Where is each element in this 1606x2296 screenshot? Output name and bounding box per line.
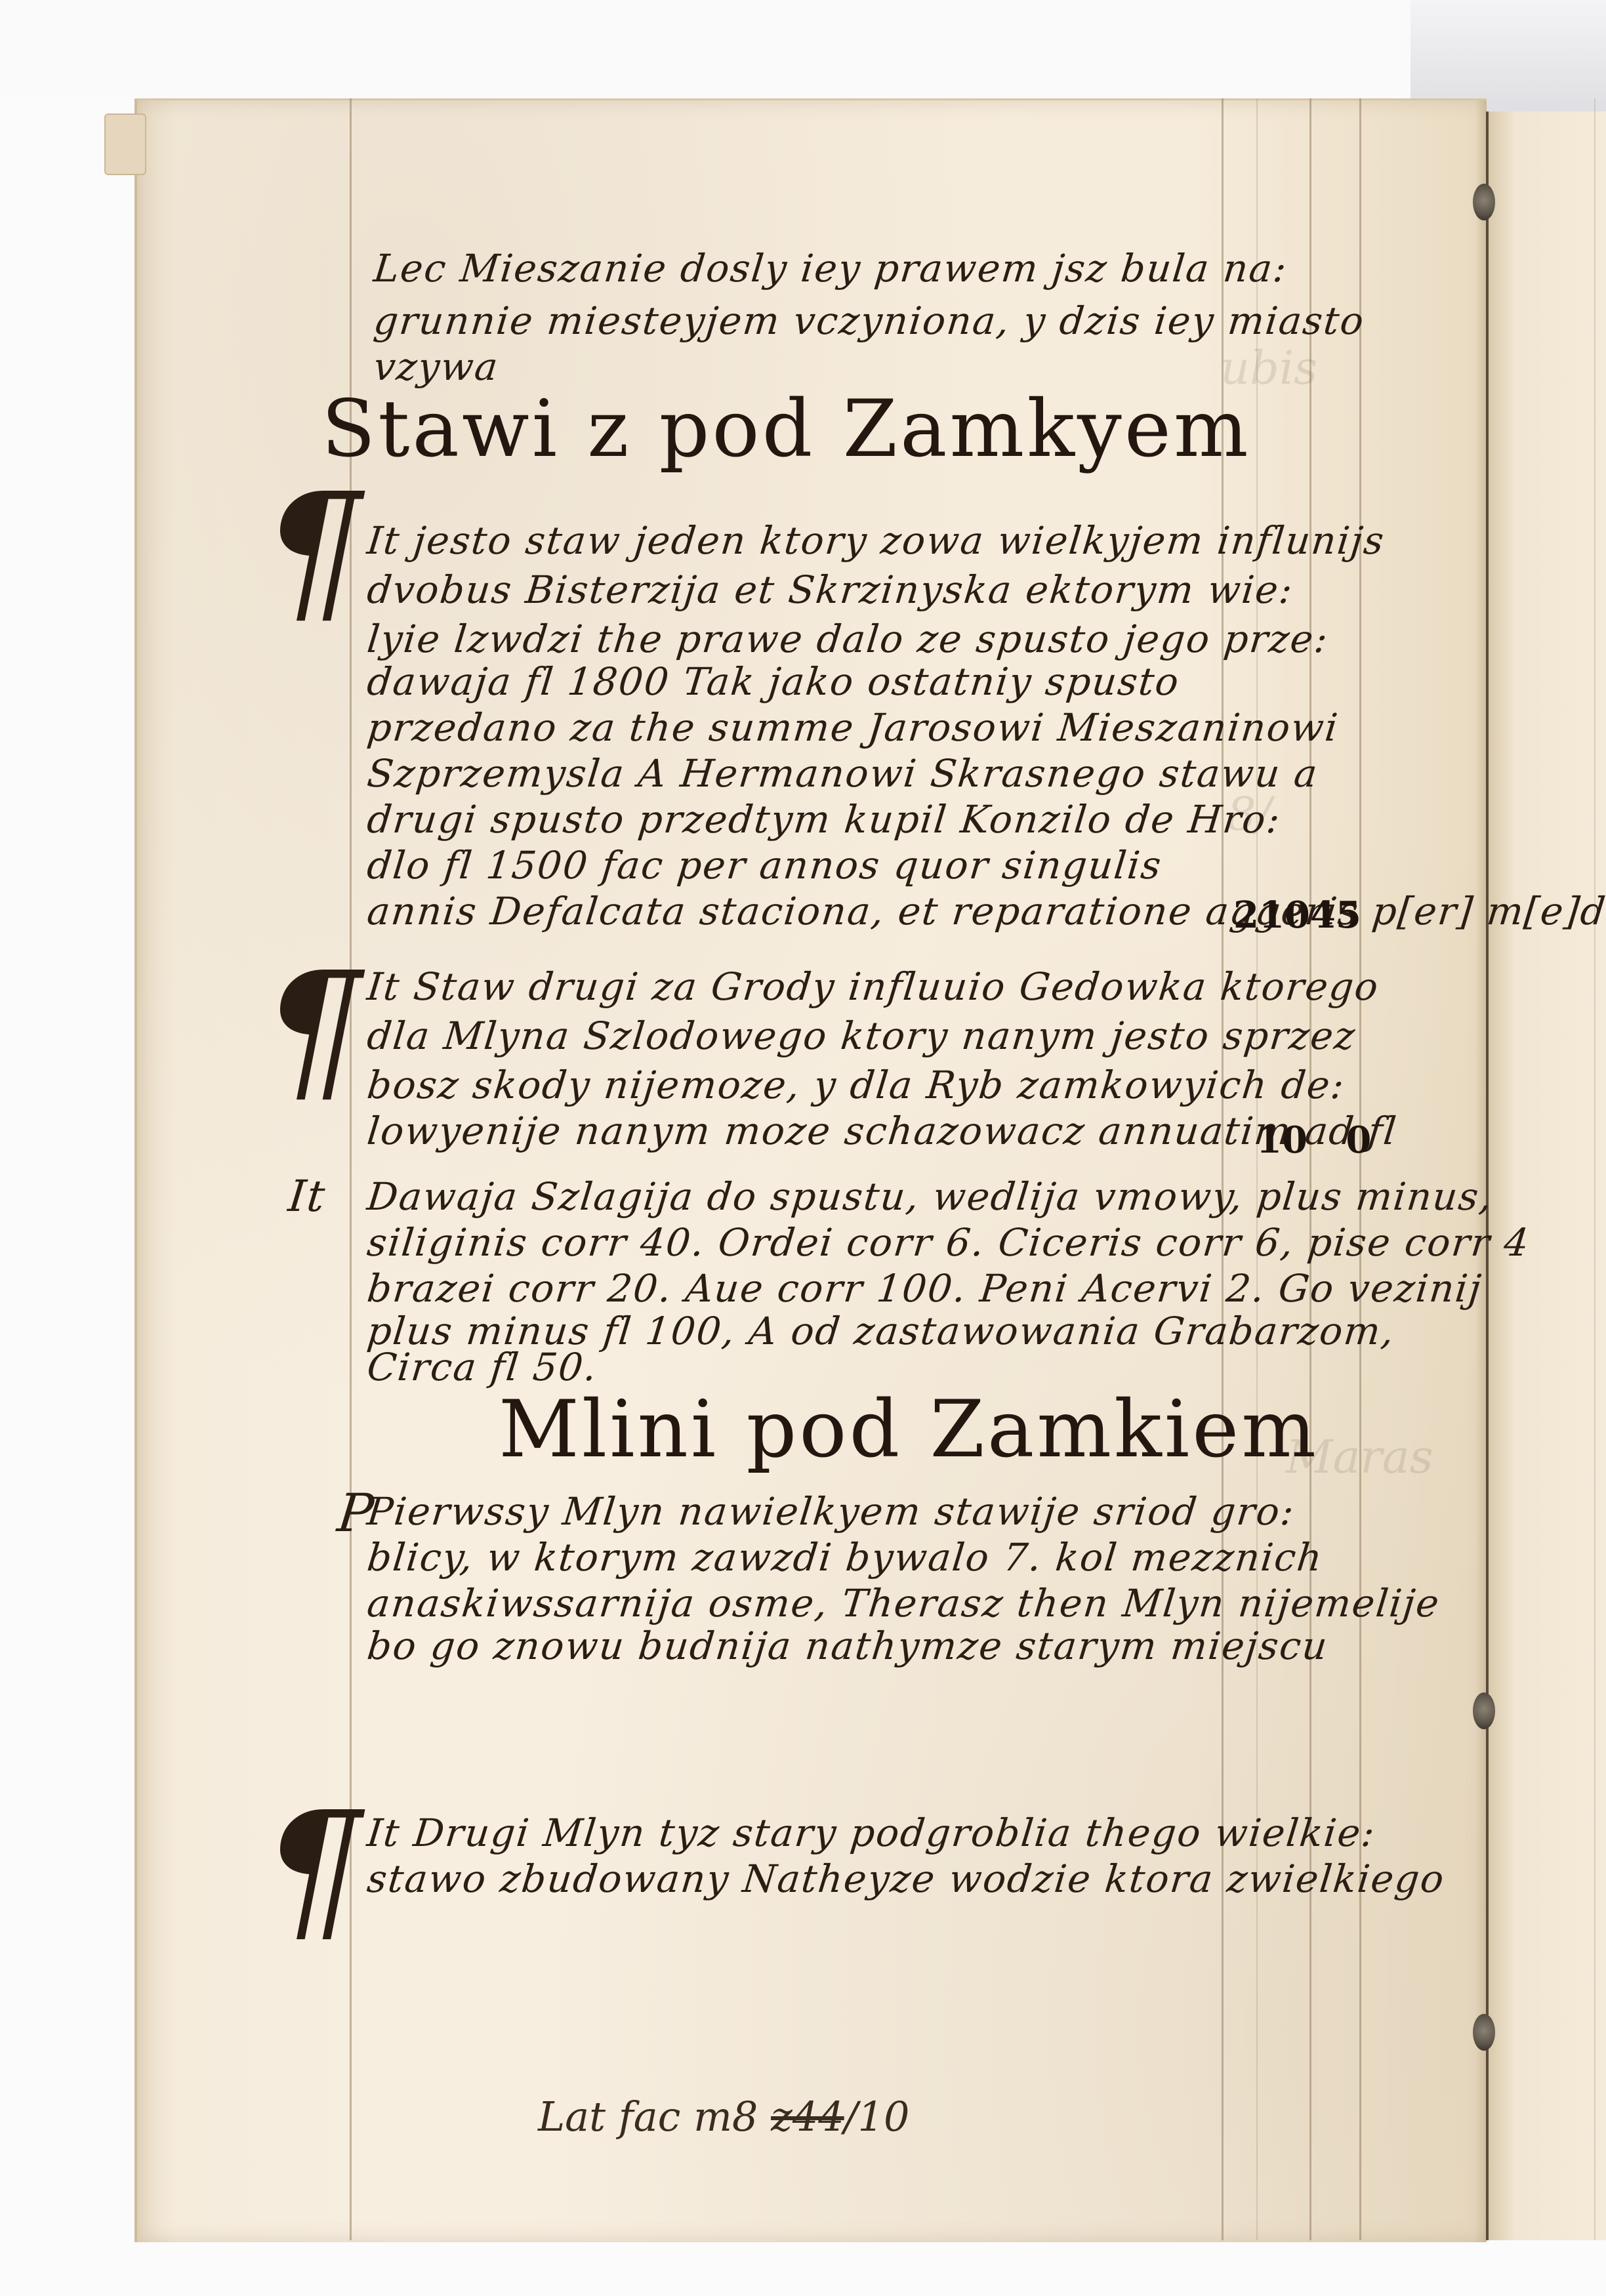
text-line: stawo zbudowany Natheyze wodzie ktora zw…: [365, 1856, 1447, 1901]
section-heading: Stawi z pod Zamkyem: [321, 384, 1251, 475]
text-line: annis Defalcata staciona, et reparatione…: [365, 889, 1606, 933]
column-rule: [1309, 98, 1311, 2240]
text-line: dlo fl 1500 fac per annos quor singulis: [365, 843, 1164, 888]
margin-amount: 21045: [1233, 893, 1361, 937]
text-line: dvobus Bisterzija et Skrzinyska ektorym …: [365, 567, 1296, 612]
text-line: It Staw drugi za Grody influuio Gedowka …: [365, 964, 1381, 1009]
text-line: Circa fl 50.: [365, 1345, 600, 1389]
binding-thread-knot: [1473, 1692, 1495, 1729]
text-line: blicy, w ktorym zawzdi bywalo 7. kol mez…: [365, 1535, 1325, 1580]
right-page-edge: [1486, 112, 1606, 2240]
section-heading: Mlini pod Zamkiem: [499, 1384, 1319, 1475]
paragraph-mark: It: [286, 1171, 329, 1221]
text-line: Dawaja Szlagija do spustu, wedlija vmowy…: [365, 1174, 1495, 1219]
text-line: It Drugi Mlyn tyz stary podgroblia thego…: [365, 1811, 1378, 1855]
text-line: drugi spusto przedtym kupil Konzilo de H…: [365, 797, 1283, 842]
text-line: siliginis corr 40. Ordei corr 6. Ciceris…: [365, 1220, 1532, 1265]
text-line: Pierwssy Mlyn nawielkyem stawije sriod g…: [365, 1489, 1297, 1534]
text-line: vzywa: [371, 344, 501, 389]
binding-thread-knot: [1473, 184, 1495, 220]
text-line: grunnie miesteyjem vczyniona, y dzis iey…: [371, 298, 1367, 343]
paragraph-mark: ¶: [262, 1791, 363, 1948]
footer-struck-value: z44: [771, 2093, 844, 2141]
binding-thread-knot: [1473, 2014, 1495, 2051]
scan-backdrop: [0, 0, 1606, 98]
text-line: lyie lzwdzi the prawe dalo ze spusto jeg…: [365, 617, 1330, 661]
margin-amount: 10 0: [1256, 1118, 1371, 1162]
text-line: dawaja fl 1800 Tak jako ostatniy spusto: [365, 659, 1182, 704]
right-page-rule: [1594, 98, 1596, 2240]
footer-note-text: Lat fac m8: [538, 2093, 758, 2141]
text-line: przedano za the summe Jarosowi Mieszanin…: [365, 705, 1341, 750]
text-line: lowyenije nanym moze schazowacz annuatim…: [365, 1109, 1399, 1153]
manuscript-scan: ubis 8/ Maras Lec Mieszanie dosly iey pr…: [0, 0, 1606, 2296]
footer-annotation: Lat fac m8 z44/10: [538, 2093, 909, 2141]
text-line: dla Mlyna Szlodowego ktory nanym jesto s…: [365, 1014, 1358, 1058]
column-rule: [1256, 98, 1258, 2240]
text-line: anaskiwssarnija osme, Therasz then Mlyn …: [365, 1581, 1442, 1626]
text-line: bosz skody nijemoze, y dla Ryb zamkowyic…: [365, 1063, 1347, 1107]
text-line: It jesto staw jeden ktory zowa wielkyjem…: [365, 518, 1387, 563]
text-line: Szprzemysla A Hermanowi Skrasnego stawu …: [365, 751, 1320, 796]
paragraph-mark: ¶: [262, 951, 363, 1109]
footer-note-tail: /10: [844, 2093, 910, 2141]
text-line: bo go znowu budnija nathymze starym miej…: [365, 1624, 1330, 1668]
paragraph-mark: ¶: [262, 472, 363, 630]
text-line: brazei corr 20. Aue corr 100. Peni Acerv…: [365, 1266, 1484, 1311]
text-line: Lec Mieszanie dosly iey prawem jsz bula …: [371, 246, 1289, 291]
column-rule: [1359, 98, 1361, 2240]
